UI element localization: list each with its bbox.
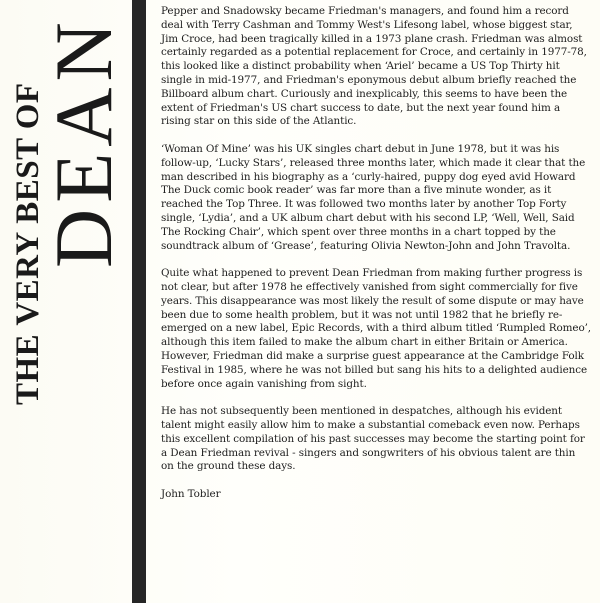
author-signature: John Tobler bbox=[161, 488, 591, 502]
paragraph-1: Pepper and Snadowsky became Friedman's m… bbox=[161, 5, 591, 129]
paragraph-2: ‘Woman Of Mine’ was his UK singles chart… bbox=[161, 143, 591, 253]
liner-notes-text: Pepper and Snadowsky became Friedman's m… bbox=[161, 5, 591, 515]
liner-notes-page: THE VERY BEST OF DEAN Pepper and Snadows… bbox=[0, 0, 600, 603]
vertical-divider-bar bbox=[132, 0, 146, 603]
album-title-artist: DEAN bbox=[52, 16, 116, 268]
paragraph-4: He has not subsequently been mentioned i… bbox=[161, 405, 591, 474]
paragraph-3: Quite what happened to prevent Dean Frie… bbox=[161, 267, 591, 391]
